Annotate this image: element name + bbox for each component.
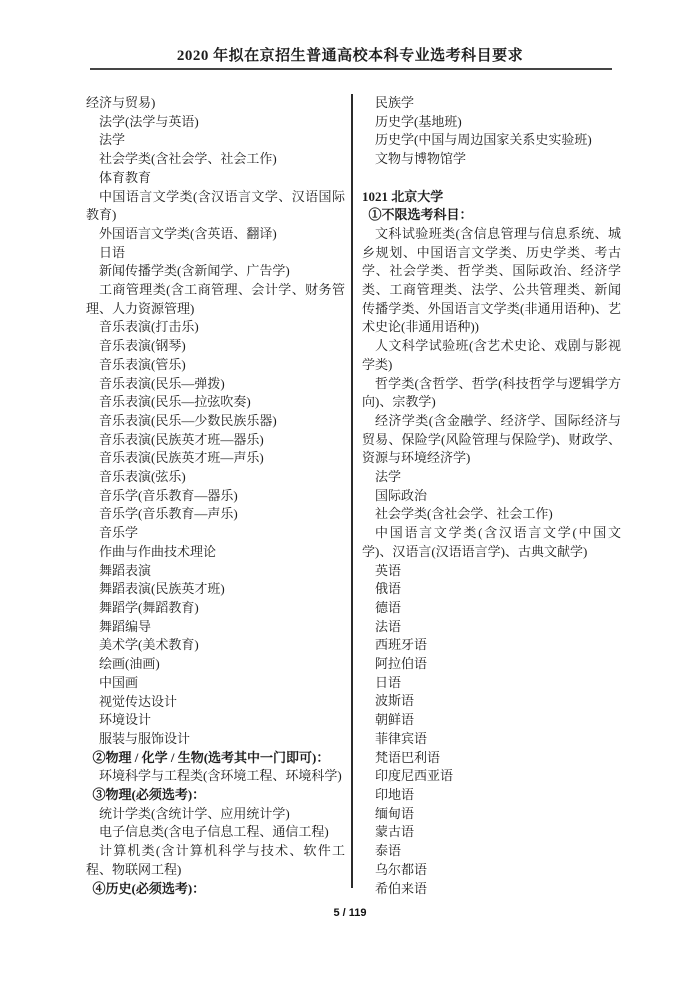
- major-entry: 民族学: [362, 94, 621, 113]
- document-page: 2020 年拟在京招生普通高校本科专业选考科目要求 经济与贸易)法学(法学与英语…: [0, 0, 700, 990]
- major-entry: 舞蹈编导: [86, 618, 345, 637]
- major-entry: 中国语言文学类(含汉语言文学(中国文学)、汉语言(汉语语言学)、古典文献学): [362, 524, 621, 561]
- major-entry: 音乐表演(民乐—弹拨): [86, 375, 345, 394]
- major-entry: 法语: [362, 618, 621, 637]
- subject-requirement-heading: ①不限选考科目：: [362, 206, 621, 225]
- major-entry: 乌尔都语: [362, 861, 621, 880]
- major-entry: 历史学(中国与周边国家关系史实验班): [362, 131, 621, 150]
- major-entry: 舞蹈学(舞蹈教育): [86, 599, 345, 618]
- major-entry: 日语: [86, 244, 345, 263]
- major-entry: 俄语: [362, 580, 621, 599]
- major-entry: 印度尼西亚语: [362, 767, 621, 786]
- major-entry: 新闻传播学类(含新闻学、广告学): [86, 262, 345, 281]
- major-entry: 舞蹈表演: [86, 562, 345, 581]
- major-entry: 日语: [362, 674, 621, 693]
- page-number: 5 / 119: [0, 907, 700, 919]
- major-entry: 中国画: [86, 674, 345, 693]
- school-heading: 1021 北京大学: [362, 188, 621, 207]
- major-entry: 泰语: [362, 842, 621, 861]
- major-entry: 工商管理类(含工商管理、会计学、财务管理、人力资源管理): [86, 281, 345, 318]
- major-entry: 音乐学(音乐教育—器乐): [86, 487, 345, 506]
- major-entry: 绘画(油画): [86, 655, 345, 674]
- major-entry: 人文科学试验班(含艺术史论、戏剧与影视学类): [362, 337, 621, 374]
- major-entry: 西班牙语: [362, 636, 621, 655]
- major-entry: 印地语: [362, 786, 621, 805]
- major-entry: 朝鲜语: [362, 711, 621, 730]
- major-entry: 环境设计: [86, 711, 345, 730]
- major-entry: 音乐表演(民乐—拉弦吹奏): [86, 393, 345, 412]
- two-column-layout: 经济与贸易)法学(法学与英语)法学社会学类(含社会学、社会工作)体育教育中国语言…: [86, 94, 621, 898]
- page-title: 2020 年拟在京招生普通高校本科专业选考科目要求: [0, 44, 700, 65]
- major-entry: 社会学类(含社会学、社会工作): [362, 505, 621, 524]
- left-column: 经济与贸易)法学(法学与英语)法学社会学类(含社会学、社会工作)体育教育中国语言…: [86, 94, 345, 898]
- major-entry: 国际政治: [362, 487, 621, 506]
- major-entry: 经济与贸易): [86, 94, 345, 113]
- major-entry: 历史学(基地班): [362, 113, 621, 132]
- major-entry: 中国语言文学类(含汉语言文学、汉语国际教育): [86, 188, 345, 225]
- major-entry: 美术学(美术教育): [86, 636, 345, 655]
- major-entry: 视觉传达设计: [86, 693, 345, 712]
- major-entry: 希伯来语: [362, 880, 621, 899]
- major-entry: 阿拉伯语: [362, 655, 621, 674]
- major-entry: 英语: [362, 562, 621, 581]
- major-entry: 服装与服饰设计: [86, 730, 345, 749]
- major-entry: 波斯语: [362, 692, 621, 711]
- major-entry: 音乐学(音乐教育—声乐): [86, 505, 345, 524]
- major-entry: 作曲与作曲技术理论: [86, 543, 345, 562]
- subject-requirement-heading: ②物理 / 化学 / 生物(选考其中一门即可)：: [86, 749, 345, 768]
- major-entry: 法学: [362, 468, 621, 487]
- major-entry: 蒙古语: [362, 823, 621, 842]
- major-entry: 环境科学与工程类(含环境工程、环境科学): [86, 767, 345, 786]
- major-entry: 音乐表演(弦乐): [86, 468, 345, 487]
- major-entry: 音乐表演(打击乐): [86, 318, 345, 337]
- subject-requirement-heading: ③物理(必须选考)：: [86, 786, 345, 805]
- right-column: 民族学历史学(基地班)历史学(中国与周边国家关系史实验班)文物与博物馆学1021…: [362, 94, 621, 898]
- blank-line: [362, 169, 621, 188]
- header-rule: [90, 68, 612, 70]
- major-entry: 法学: [86, 131, 345, 150]
- subject-requirement-heading: ④历史(必须选考)：: [86, 880, 345, 899]
- major-entry: 体育教育: [86, 169, 345, 188]
- major-entry: 电子信息类(含电子信息工程、通信工程): [86, 823, 345, 842]
- major-entry: 文物与博物馆学: [362, 150, 621, 169]
- major-entry: 音乐表演(民族英才班—声乐): [86, 449, 345, 468]
- major-entry: 音乐学: [86, 524, 345, 543]
- major-entry: 社会学类(含社会学、社会工作): [86, 150, 345, 169]
- major-entry: 计算机类(含计算机科学与技术、软件工程、物联网工程): [86, 842, 345, 879]
- major-entry: 经济学类(含金融学、经济学、国际经济与贸易、保险学(风险管理与保险学)、财政学、…: [362, 412, 621, 468]
- major-entry: 菲律宾语: [362, 730, 621, 749]
- major-entry: 舞蹈表演(民族英才班): [86, 580, 345, 599]
- major-entry: 统计学类(含统计学、应用统计学): [86, 805, 345, 824]
- major-entry: 德语: [362, 599, 621, 618]
- major-entry: 法学(法学与英语): [86, 113, 345, 132]
- major-entry: 音乐表演(民乐—少数民族乐器): [86, 412, 345, 431]
- column-divider: [351, 94, 353, 888]
- major-entry: 音乐表演(民族英才班—器乐): [86, 431, 345, 450]
- major-entry: 外国语言文学类(含英语、翻译): [86, 225, 345, 244]
- major-entry: 音乐表演(钢琴): [86, 337, 345, 356]
- major-entry: 缅甸语: [362, 805, 621, 824]
- major-entry: 梵语巴利语: [362, 749, 621, 768]
- major-entry: 文科试验班类(含信息管理与信息系统、城乡规划、中国语言文学类、历史学类、考古学、…: [362, 225, 621, 337]
- major-entry: 哲学类(含哲学、哲学(科技哲学与逻辑学方向)、宗教学): [362, 375, 621, 412]
- major-entry: 音乐表演(管乐): [86, 356, 345, 375]
